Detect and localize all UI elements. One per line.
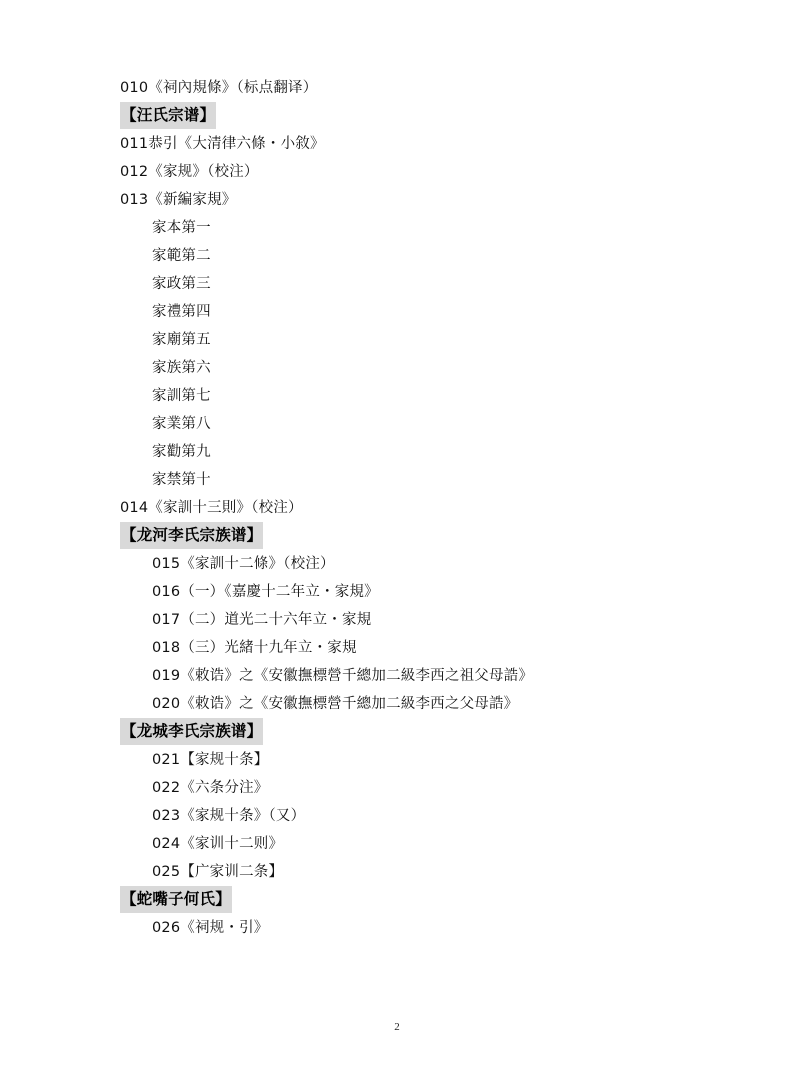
- toc-entry-text: 家範第二: [152, 248, 211, 264]
- toc-entry: 家勸第九: [120, 438, 680, 466]
- section-heading: 【龙河李氏宗族谱】: [120, 522, 680, 550]
- toc-entry-text: 家禮第四: [152, 304, 211, 320]
- toc-entry-text: 015《家訓十二條》（校注）: [152, 556, 335, 572]
- toc-entry-text: 家政第三: [152, 276, 211, 292]
- section-heading-label: 【龙城李氏宗族谱】: [120, 718, 263, 745]
- toc-entry: 016（一）《嘉慶十二年立・家規》: [120, 578, 680, 606]
- section-heading: 【蛇嘴子何氏】: [120, 886, 680, 914]
- toc-entry: 014《家訓十三則》（校注）: [120, 494, 680, 522]
- section-heading-label: 【汪氏宗谱】: [120, 102, 216, 129]
- toc-entry: 022《六条分注》: [120, 774, 680, 802]
- toc-entry: 家本第一: [120, 214, 680, 242]
- toc-entry: 013《新編家規》: [120, 186, 680, 214]
- toc-entry-text: 013《新編家規》: [120, 192, 236, 208]
- toc-entry: 家禮第四: [120, 298, 680, 326]
- toc-entry: 家政第三: [120, 270, 680, 298]
- toc-entry-text: 家廟第五: [152, 332, 211, 348]
- toc-entry-text: 019《敕诰》之《安徽撫標營千總加二級李西之祖父母誥》: [152, 668, 533, 684]
- toc-entry-text: 家禁第十: [152, 472, 211, 488]
- toc-entry-text: 024《家训十二则》: [152, 836, 283, 852]
- toc-entry-text: 010《祠內規條》（标点翻译）: [120, 80, 317, 96]
- section-heading-label: 【蛇嘴子何氏】: [120, 886, 232, 913]
- toc-entry-text: 022《六条分注》: [152, 780, 268, 796]
- toc-entry-text: 025【广家训二条】: [152, 864, 283, 880]
- toc-entry: 012《家规》（校注）: [120, 158, 680, 186]
- section-heading: 【汪氏宗谱】: [120, 102, 680, 130]
- toc-entry: 021【家规十条】: [120, 746, 680, 774]
- toc-entry-text: 017（二）道光二十六年立・家規: [152, 612, 371, 628]
- toc-entry: 025【广家训二条】: [120, 858, 680, 886]
- toc-entry: 家訓第七: [120, 382, 680, 410]
- toc-entry-text: 012《家规》（校注）: [120, 164, 259, 180]
- toc-entry: 015《家訓十二條》（校注）: [120, 550, 680, 578]
- toc-entry-text: 家本第一: [152, 220, 211, 236]
- toc-entry-text: 016（一）《嘉慶十二年立・家規》: [152, 584, 379, 600]
- toc-entry: 023《家规十条》（又）: [120, 802, 680, 830]
- toc-entry-text: 家族第六: [152, 360, 211, 376]
- toc-entry: 020《敕诰》之《安徽撫標營千總加二級李西之父母誥》: [120, 690, 680, 718]
- toc-entry: 家族第六: [120, 354, 680, 382]
- toc-entry: 019《敕诰》之《安徽撫標營千總加二級李西之祖父母誥》: [120, 662, 680, 690]
- document-page: 010《祠內規條》（标点翻译）【汪氏宗谱】011恭引《大清律六條・小敘》012《…: [0, 0, 794, 1078]
- toc-entry: 017（二）道光二十六年立・家規: [120, 606, 680, 634]
- table-of-contents: 010《祠內規條》（标点翻译）【汪氏宗谱】011恭引《大清律六條・小敘》012《…: [120, 74, 680, 942]
- toc-entry: 家業第八: [120, 410, 680, 438]
- toc-entry-text: 026《祠规・引》: [152, 920, 268, 936]
- toc-entry-text: 家訓第七: [152, 388, 211, 404]
- toc-entry-text: 011恭引《大清律六條・小敘》: [120, 136, 325, 152]
- toc-entry-text: 023《家规十条》（又）: [152, 808, 305, 824]
- toc-entry-text: 021【家规十条】: [152, 752, 268, 768]
- section-heading-label: 【龙河李氏宗族谱】: [120, 522, 263, 549]
- page-number: 2: [0, 1021, 794, 1033]
- toc-entry: 家禁第十: [120, 466, 680, 494]
- toc-entry-text: 家業第八: [152, 416, 211, 432]
- toc-entry: 家範第二: [120, 242, 680, 270]
- toc-entry-text: 020《敕诰》之《安徽撫標營千總加二級李西之父母誥》: [152, 696, 518, 712]
- toc-entry-text: 家勸第九: [152, 444, 211, 460]
- toc-entry: 011恭引《大清律六條・小敘》: [120, 130, 680, 158]
- toc-entry: 家廟第五: [120, 326, 680, 354]
- toc-entry: 010《祠內規條》（标点翻译）: [120, 74, 680, 102]
- toc-entry: 026《祠规・引》: [120, 914, 680, 942]
- section-heading: 【龙城李氏宗族谱】: [120, 718, 680, 746]
- toc-entry: 018（三）光緒十九年立・家規: [120, 634, 680, 662]
- toc-entry-text: 018（三）光緒十九年立・家規: [152, 640, 357, 656]
- toc-entry: 024《家训十二则》: [120, 830, 680, 858]
- toc-entry-text: 014《家訓十三則》（校注）: [120, 500, 303, 516]
